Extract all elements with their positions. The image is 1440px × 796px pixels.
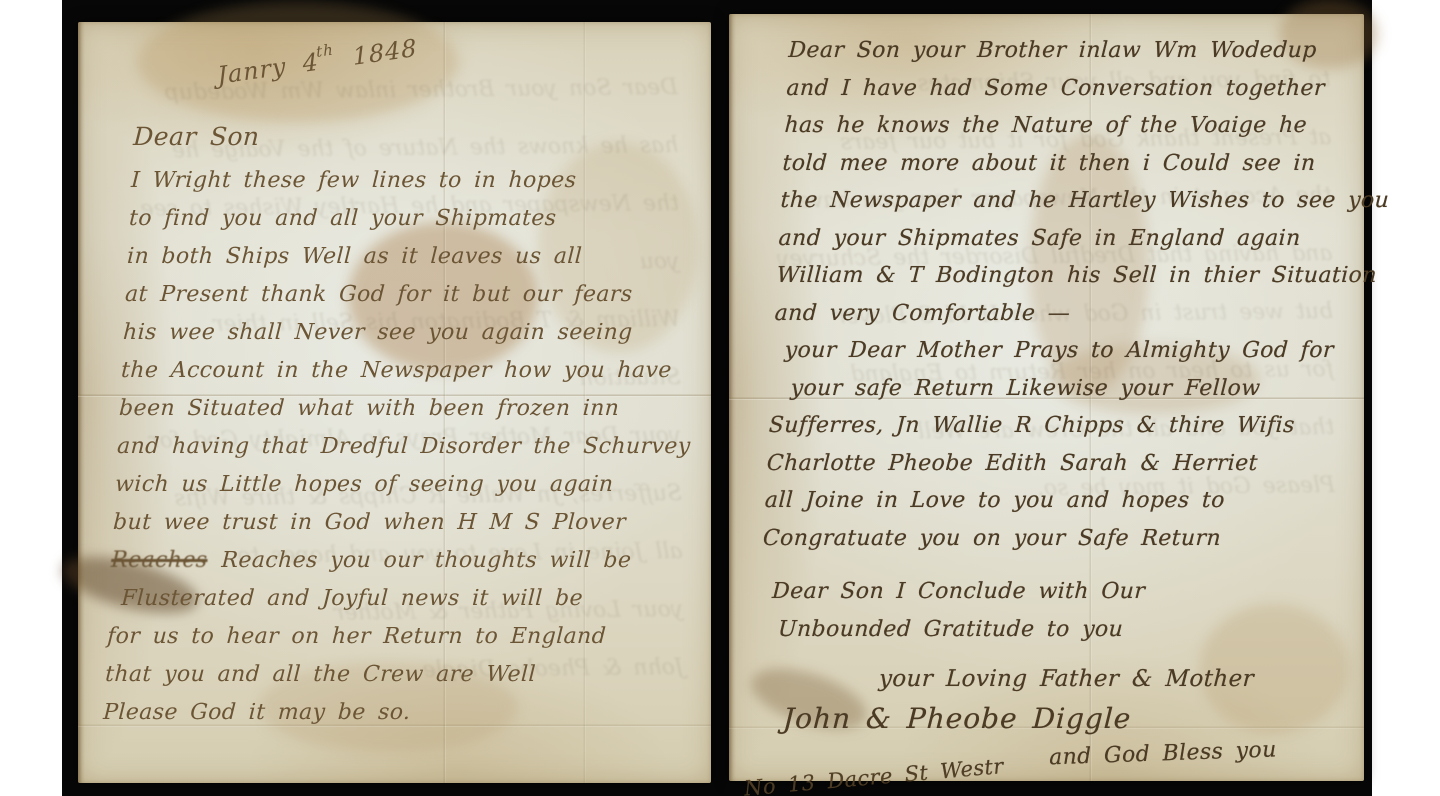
letter-line: and very Comfortable — [773, 301, 1356, 339]
letter-line: and having that Dredful Disorder the Sch… [116, 434, 697, 472]
letter-line: told mee more about it then i Could see … [781, 151, 1364, 189]
letter-line: and your Shipmates Safe in England again [777, 226, 1360, 264]
letter-body-left: Dear Son I Wright these few lines to in … [102, 122, 713, 738]
letter-line: Sufferres, Jn Wallie R Chipps & thire Wi… [768, 413, 1351, 451]
letter-line: your safe Return Likewise your Fellow [769, 376, 1352, 414]
salutation: Dear Son [132, 122, 713, 168]
letter-line: your Dear Mother Prays to Almighty God f… [771, 338, 1354, 376]
letter-line: and I have had Some Conversation togethe… [785, 76, 1368, 114]
letter-page-left: Dear Son your Brother inlaw Wm Wodedup h… [78, 22, 711, 783]
letter-line: his wee shall Never see you again seeing [122, 320, 703, 358]
letter-line: that you and all the Crew are Well [104, 662, 685, 700]
date-superscript: th [316, 40, 335, 60]
letter-line: Unbounded Gratitude to you [757, 617, 1340, 655]
letter-line: the Newspaper and he Hartley Wishes to s… [779, 188, 1362, 226]
letter-line: has he knows the Nature of the Voaige he [783, 113, 1366, 151]
letter-line: Dear Son your Brother inlaw Wm Wodedup [787, 38, 1370, 76]
letter-line: Flusterated and Joyful news it will be [108, 586, 689, 624]
letter-line: been Situated what with been frozen inn [118, 396, 699, 434]
closing-line: your Loving Father & Mother [878, 666, 1354, 692]
letter-line-with-correction: ReachesReaches you our thoughts will be [110, 548, 691, 586]
ghost-line: Dear Son your Brother inlaw Wm Wodedup [104, 59, 678, 123]
letter-line: the Account in the Newspaper how you hav… [120, 358, 701, 396]
letter-line: all Joine in Love to you and hopes to [764, 488, 1347, 526]
letter-line: at Present thank God for it but our fear… [124, 282, 705, 320]
date-year: 1848 [352, 34, 418, 71]
letter-line: for us to hear on her Return to England [106, 624, 687, 662]
letter-photograph: Dear Son your Brother inlaw Wm Wodedup h… [62, 0, 1372, 796]
letter-line: in both Ships Well as it leaves us all [126, 244, 707, 282]
letter-line: but wee trust in God when H M S Plover [112, 510, 693, 548]
letter-line: wich us Little hopes of seeing you again [114, 472, 695, 510]
letter-page-right: to find you and all your Shipmates at Pr… [729, 14, 1364, 781]
letter-line: to find you and all your Shipmates [128, 206, 709, 244]
letter-line: William & T Bodington his Sell in thier … [775, 263, 1358, 301]
letter-line: Please God it may be so. [102, 700, 683, 738]
struck-word: Reaches [111, 548, 209, 573]
letter-line: Dear Son I Conclude with Our [759, 579, 1342, 617]
letter-line: Congratuate you on your Safe Return [762, 526, 1345, 564]
letter-body-right: Dear Son your Brother inlaw Wm Wodedup a… [757, 38, 1370, 654]
letter-line-text: Reaches you our thoughts will be [221, 548, 632, 573]
date-text: Janry 4 [217, 48, 320, 90]
letter-line: Charlotte Pheobe Edith Sarah & Herriet [766, 451, 1349, 489]
date-line: Janry 4th 1848 [216, 19, 515, 90]
letter-line: I Wright these few lines to in hopes [130, 168, 711, 206]
